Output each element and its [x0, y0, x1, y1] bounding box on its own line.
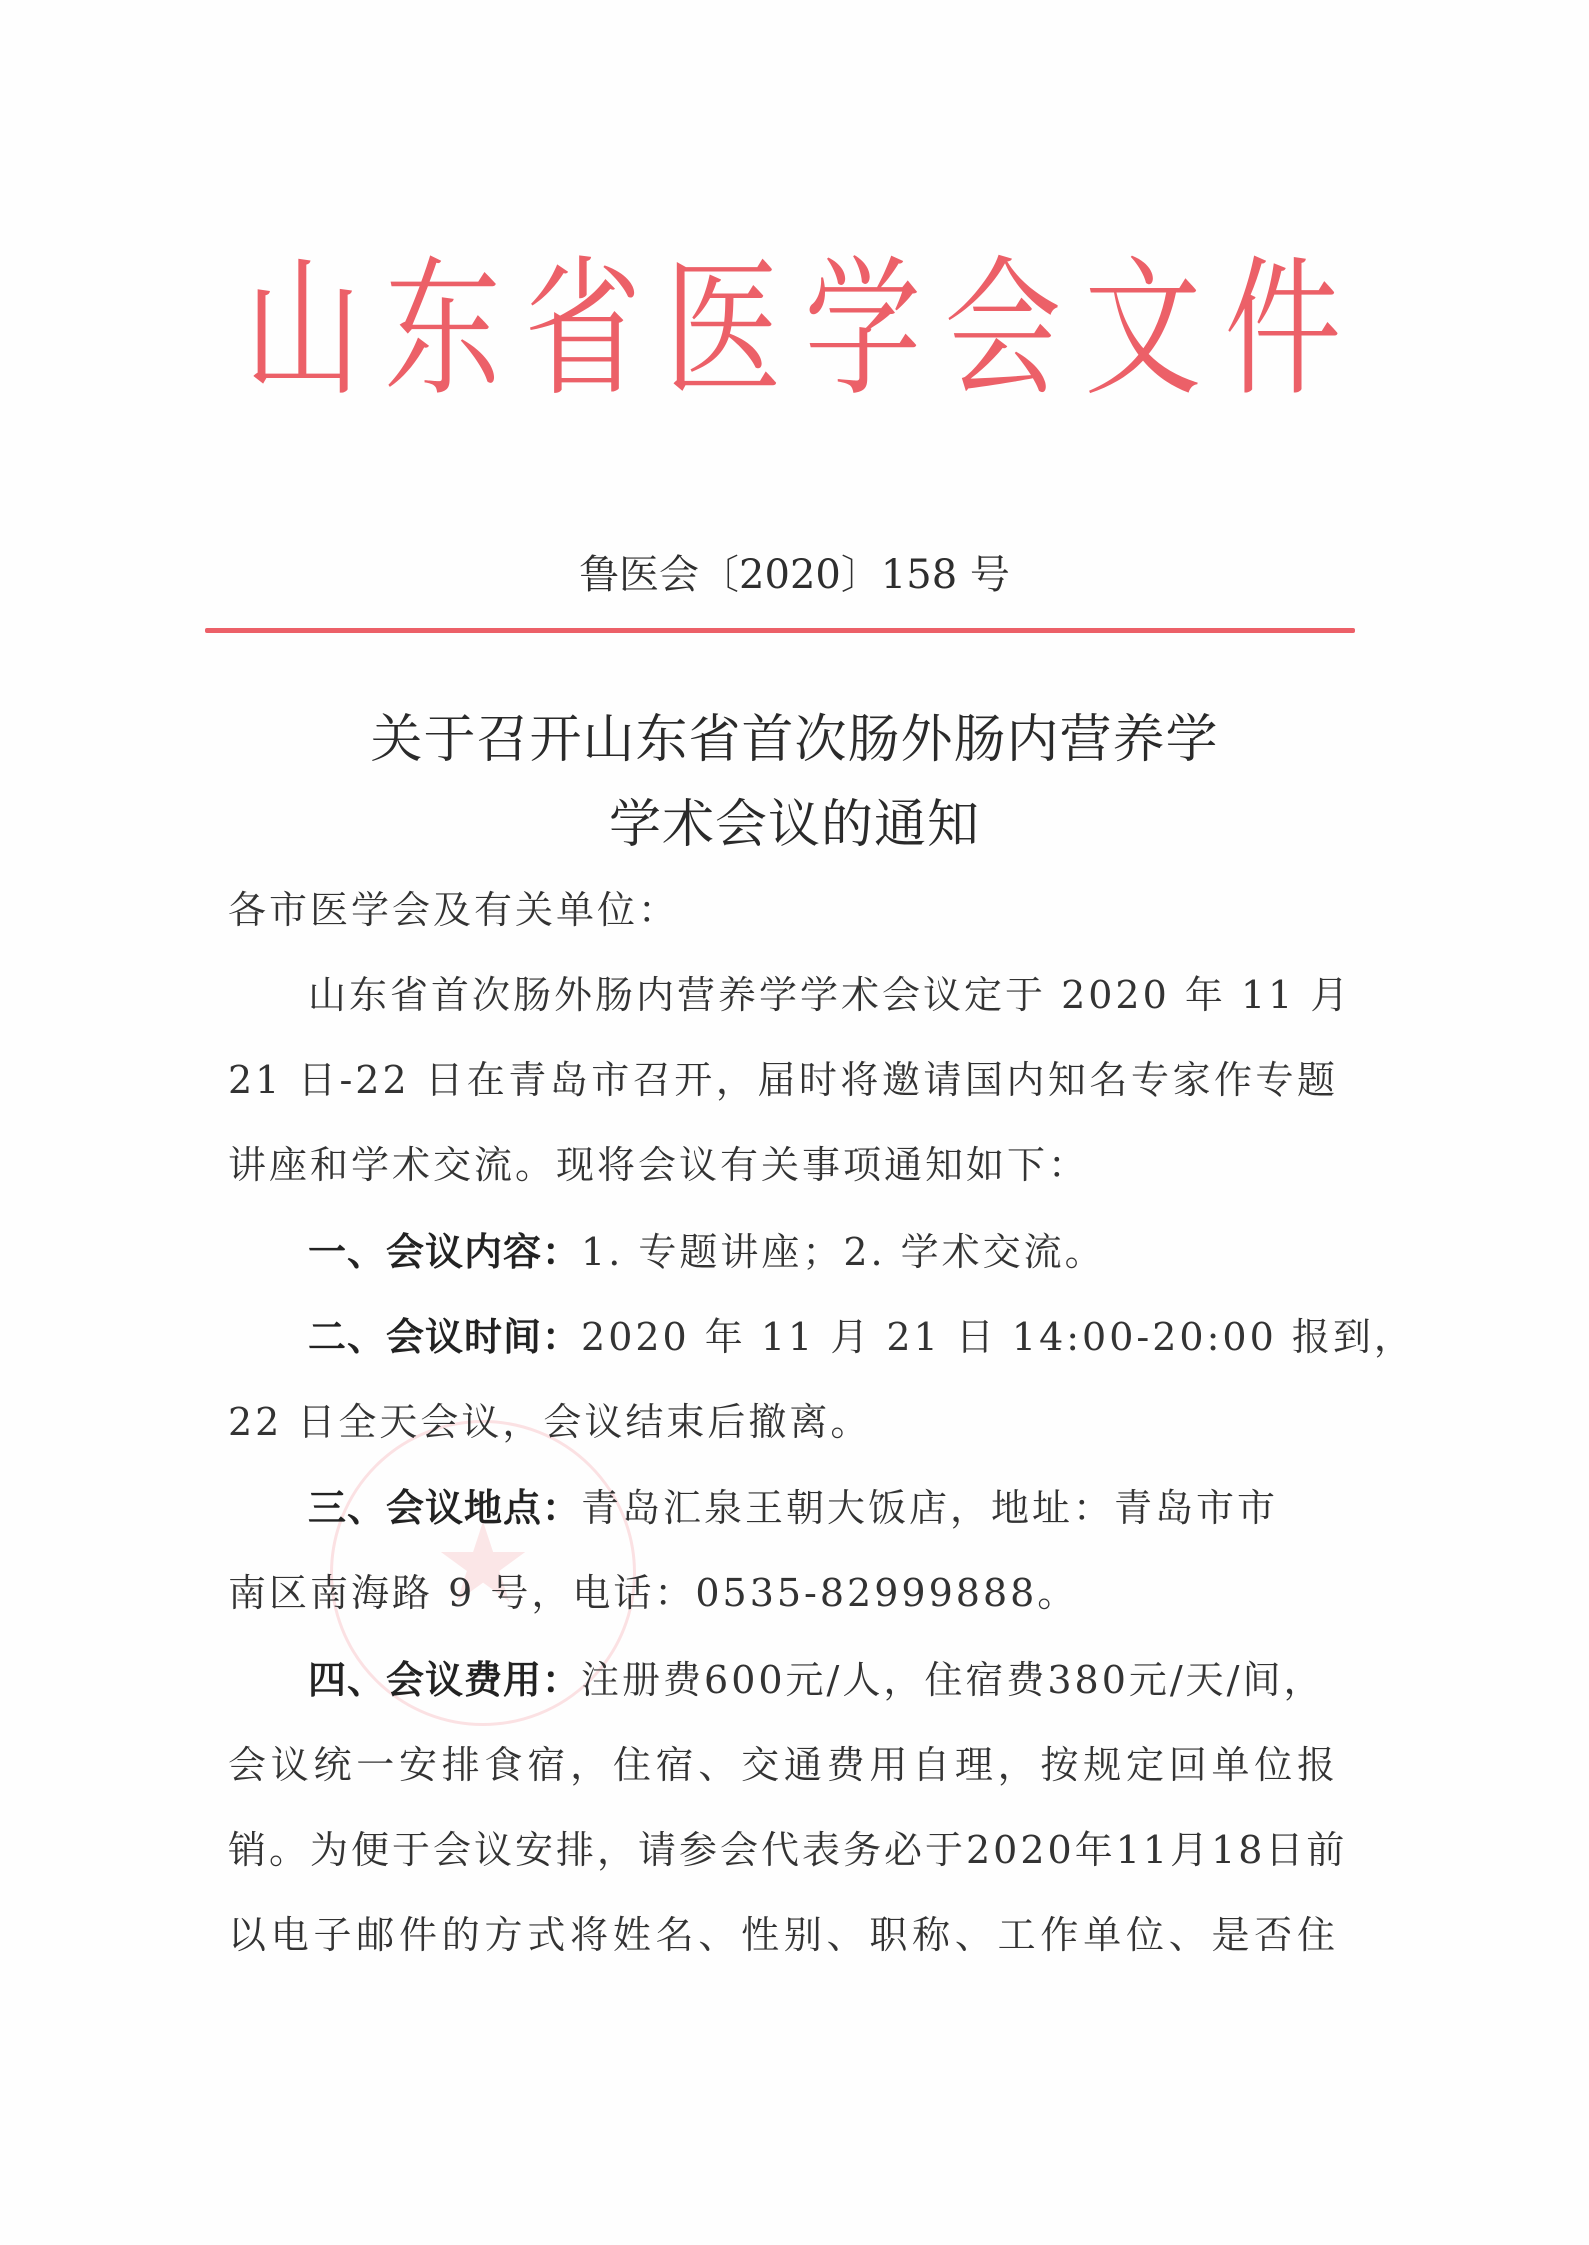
section-heading: 三、会议地点： — [308, 1486, 581, 1530]
section-text: 1. 专题讲座；2. 学术交流。 — [581, 1230, 1106, 1274]
section-content: 一、会议内容：1. 专题讲座；2. 学术交流。 — [308, 1222, 1338, 1282]
intro-line: 讲座和学术交流。现将会议有关事项通知如下： — [228, 1135, 1338, 1195]
section-time: 二、会议时间：2020 年 11 月 21 日 14:00-20:00 报到， — [308, 1307, 1338, 1367]
section-text: 22 日全天会议，会议结束后撤离。 — [228, 1392, 1338, 1452]
section-heading: 一、会议内容： — [308, 1230, 581, 1274]
masthead-char: 省 — [524, 240, 625, 420]
section-heading: 二、会议时间： — [308, 1315, 581, 1359]
section-text: 会议统一安排食宿，住宿、交通费用自理，按规定回单位报 — [228, 1735, 1338, 1795]
red-divider — [205, 628, 1355, 633]
notice-title-line-1: 关于召开山东省首次肠外肠内营养学 — [0, 700, 1589, 780]
document-page: 山 东 省 医 学 会 文 件 鲁医会〔2020〕158 号 关于召开山东省首次… — [0, 0, 1589, 2245]
section-text: 以电子邮件的方式将姓名、性别、职称、工作单位、是否住 — [228, 1905, 1338, 1965]
intro-line: 山东省首次肠外肠内营养学学术会议定于 2020 年 11 月 — [308, 965, 1338, 1025]
intro-line: 21 日-22 日在青岛市召开，届时将邀请国内知名专家作专题 — [228, 1050, 1338, 1110]
section-text: 青岛汇泉王朝大饭店，地址：青岛市市 — [581, 1486, 1278, 1530]
section-text: 注册费600元/人，住宿费380元/天/间， — [581, 1658, 1324, 1702]
section-text: 销。为便于会议安排，请参会代表务必于2020年11月18日前 — [228, 1820, 1338, 1880]
masthead-char: 山 — [244, 240, 345, 420]
section-fees: 四、会议费用：注册费600元/人，住宿费380元/天/间， — [308, 1650, 1338, 1710]
salutation: 各市医学会及有关单位： — [228, 880, 1338, 940]
section-venue: 三、会议地点：青岛汇泉王朝大饭店，地址：青岛市市 — [308, 1478, 1338, 1538]
masthead-char: 文 — [1084, 240, 1185, 420]
masthead-char: 件 — [1224, 240, 1325, 420]
masthead-char: 医 — [664, 240, 765, 420]
masthead-char: 会 — [944, 240, 1045, 420]
section-text: 南区南海路 9 号，电话：0535-82999888。 — [228, 1563, 1338, 1623]
section-text: 2020 年 11 月 21 日 14:00-20:00 报到， — [581, 1315, 1415, 1359]
masthead-char: 东 — [384, 240, 485, 420]
masthead-title: 山 东 省 医 学 会 文 件 — [230, 240, 1340, 420]
masthead-char: 学 — [804, 240, 905, 420]
section-heading: 四、会议费用： — [308, 1658, 581, 1702]
document-number: 鲁医会〔2020〕158 号 — [0, 545, 1589, 605]
notice-title-line-2: 学术会议的通知 — [0, 785, 1589, 865]
